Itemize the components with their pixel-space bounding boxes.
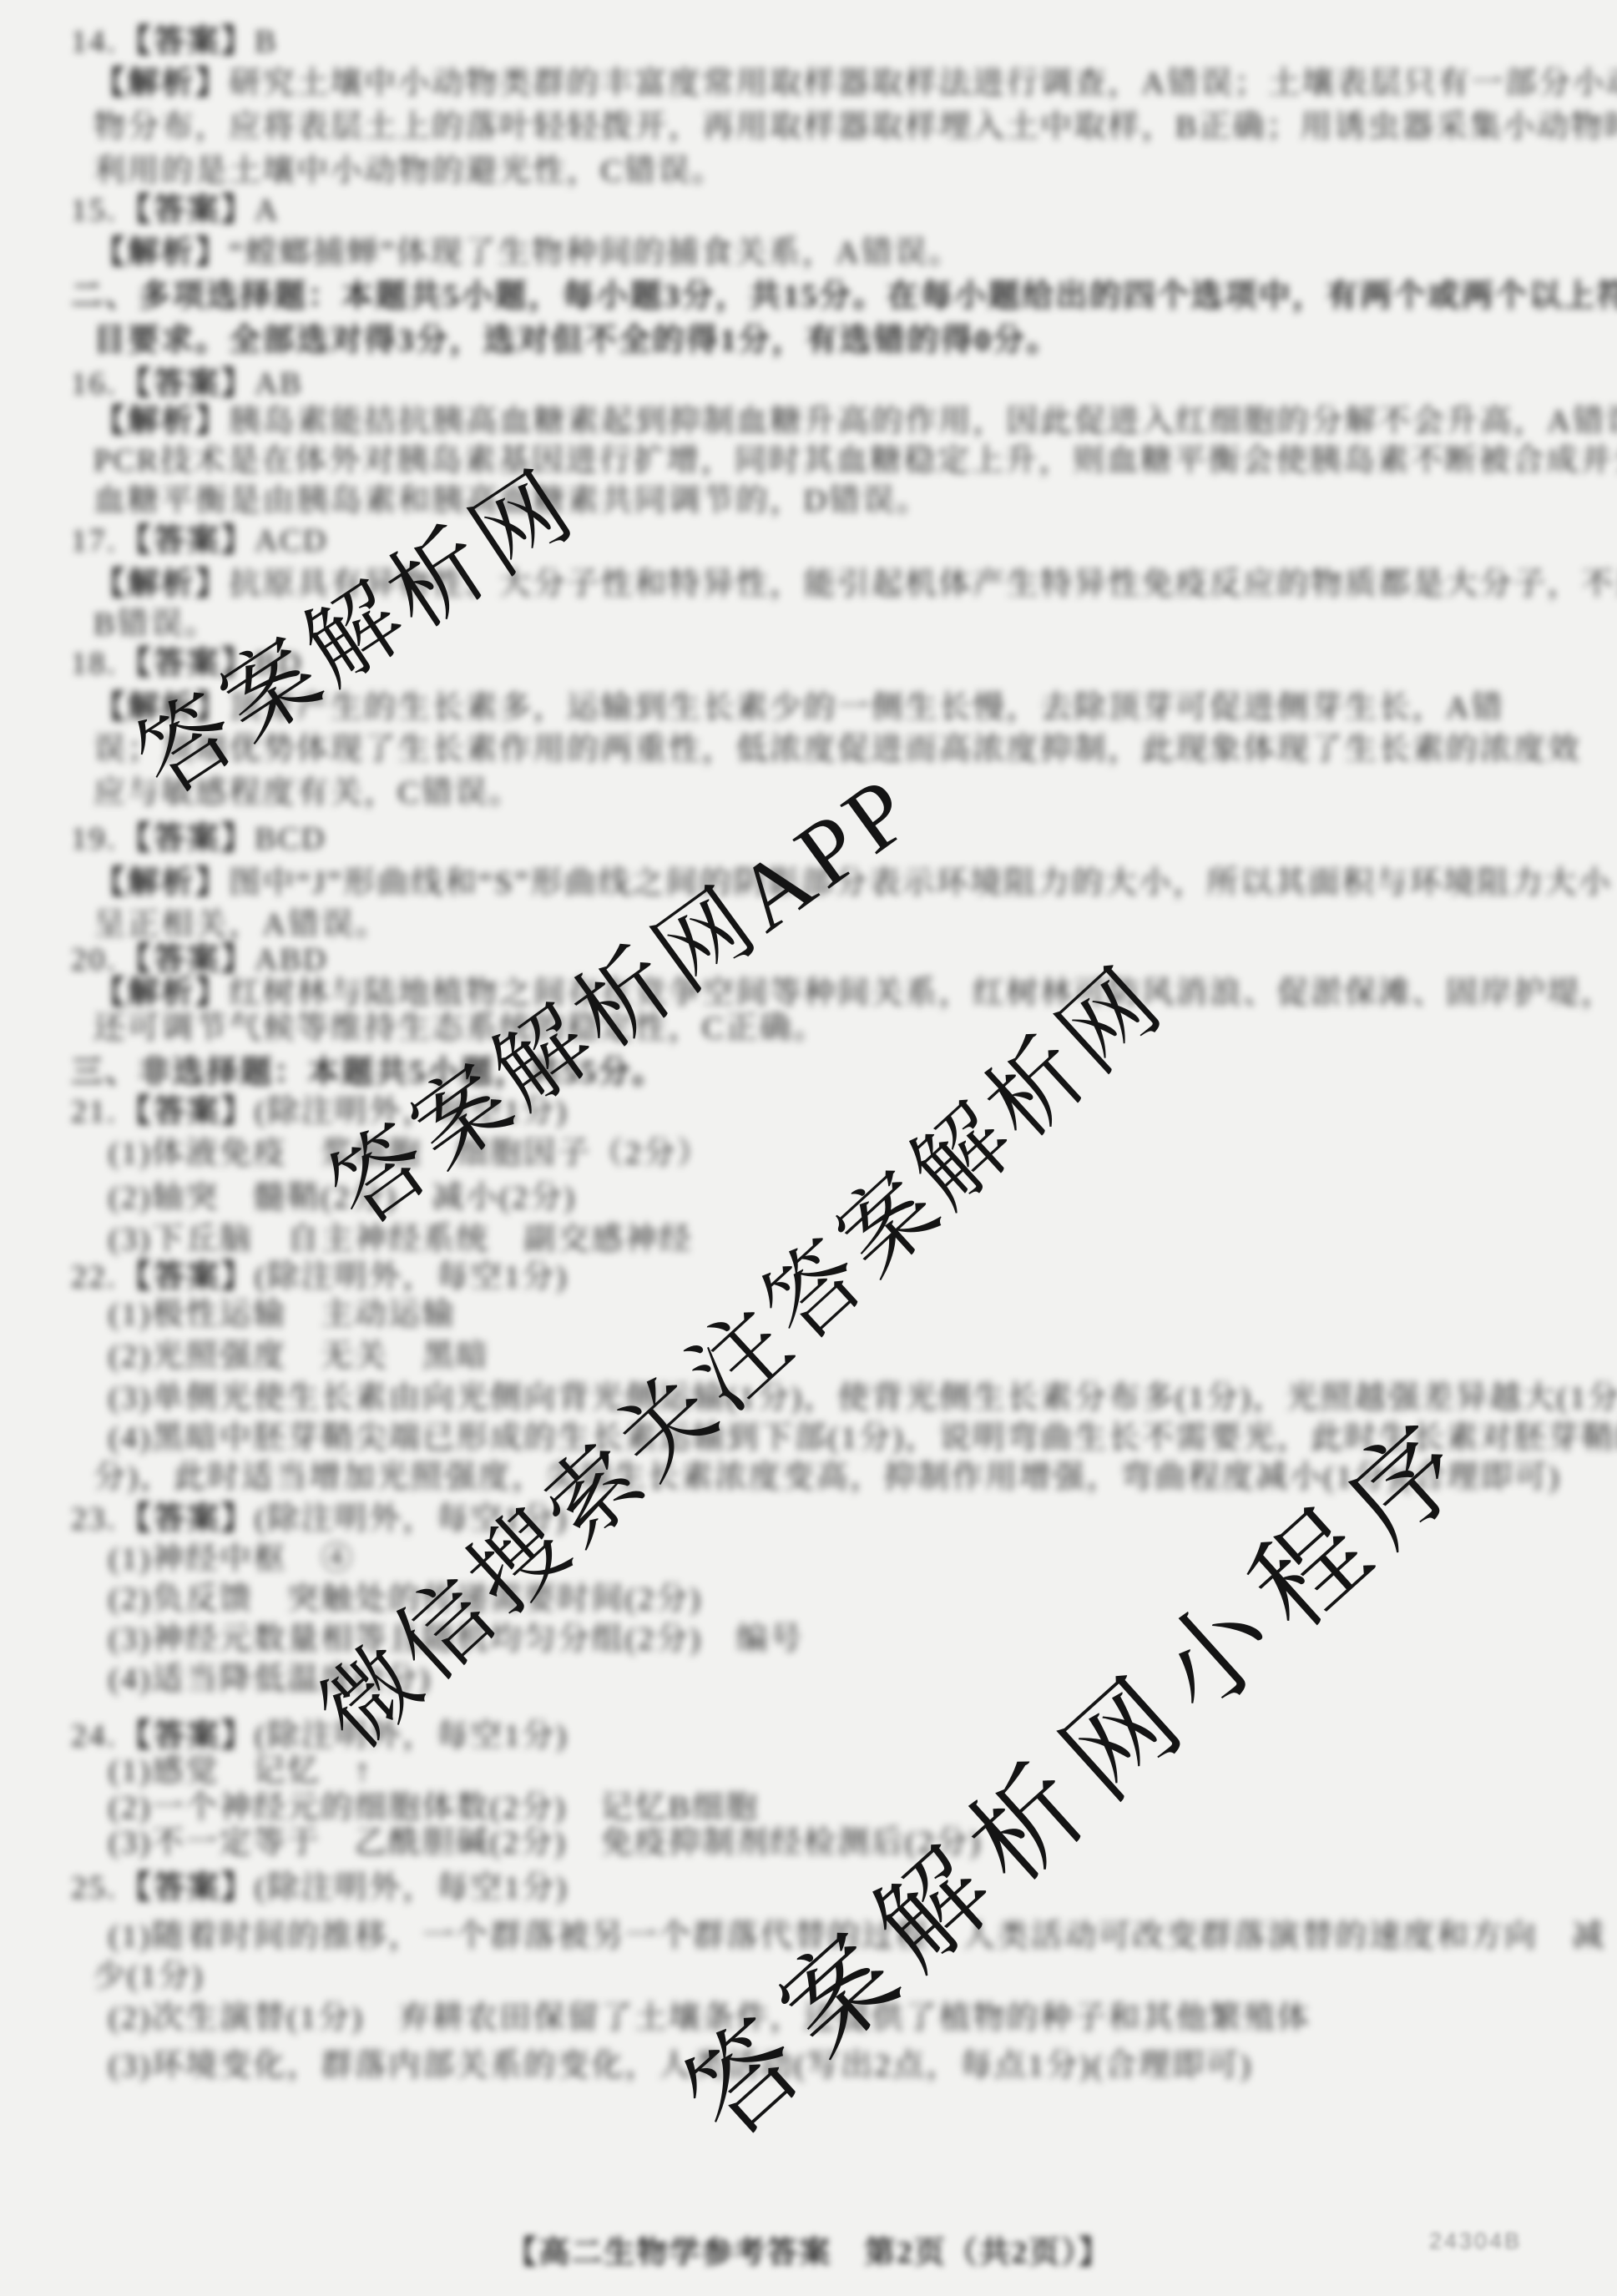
answer-line: 少(1分)	[93, 1955, 205, 1997]
answer-line: 【解析】抗原具有异物性、大分子性和特异性，能引起机体产生特异性免疫反应的物质都是…	[93, 563, 1617, 605]
answer-line: (4)适当降低温度(2分)	[109, 1658, 432, 1700]
answer-line: (2)次生演替(1分) 弃耕农田保留了土壤条件，还提供了植物的种子和其他繁殖体	[109, 1997, 1311, 2039]
answer-line: (3)神经元数量相等且随机均匀分组(2分) 编号	[109, 1618, 804, 1660]
answer-line: 利用的是土壤中小动物的避光性，C错误。	[93, 150, 725, 192]
answer-line: 17.【答案】ACD	[71, 520, 328, 562]
answer-line: 【解析】研究土壤中小动物类群的丰富度常用取样器取样法进行调查，A错误；土壤表层只…	[93, 63, 1617, 104]
answer-line: 三、非选择题：本题共5小题，共55分。	[71, 1052, 666, 1093]
answer-line: 分)，此时适当增加光照强度，尖端生长素浓度变高，抑制作用增强，弯曲程度减小(1分…	[93, 1456, 1561, 1498]
answer-line: (2)轴突 髓鞘(2分) 减小(2分)	[109, 1177, 576, 1219]
answer-line: 22.【答案】(除注明外，每空1分)	[71, 1256, 568, 1298]
answer-line: PCR技术是在体外对胰岛素基因进行扩增，同时其血糖稳定上升，则血糖平衡会使胰岛素…	[93, 440, 1617, 482]
answer-line: (3)单侧光使生长素由向光侧向背光侧运输(1分)，使背光侧生长素分布多(1分)，…	[109, 1377, 1617, 1419]
answer-line: 14.【答案】B	[71, 21, 278, 63]
answer-line: (2)光照强度 无关 黑暗	[109, 1335, 490, 1377]
answer-line: 【解析】“螳螂捕蝉”体现了生物种间的捕食关系，A错误。	[93, 232, 963, 274]
answer-line: 二、多项选择题：本题共5小题，每小题3分，共15分。在每小题给出的四个选项中，有…	[71, 275, 1617, 317]
answer-line: 19.【答案】BCD	[71, 818, 326, 860]
answer-line: (2)负反馈 突触处的传递需要时间(2分)	[109, 1578, 702, 1620]
answer-line: 15.【答案】A	[71, 189, 280, 231]
answer-line: 应与敏感程度有关，C错误。	[93, 772, 523, 814]
answer-line: 【解析】胰岛素能拮抗胰高血糖素起到抑制血糖升高的作用，因此促进入红细胞的分解不会…	[93, 401, 1617, 442]
answer-line: (3)环境变化，群落内部关系的变化，人类活动(写出2点，每点1分)(合理即可)	[109, 2045, 1252, 2087]
answer-line: (1)随着时间的推移，一个群落被另一个群落代替的过程 人类活动可改变群落演替的速…	[109, 1915, 1605, 1957]
answer-line: 25.【答案】(除注明外，每空1分)	[71, 1867, 568, 1909]
answer-line: 16.【答案】AB	[71, 363, 303, 405]
answer-line: (1)体液免疫 浆细胞 细胞因子（2分）	[109, 1133, 710, 1174]
answer-line: (1)神经中枢 ④	[109, 1538, 355, 1580]
answer-line: (1)极性运输 主动运输	[109, 1294, 456, 1335]
answer-line: 21.【答案】(除注明外，每空1分)	[71, 1091, 568, 1133]
footer-page-label: 【高二生物学参考答案 第2页（共2页）】	[0, 2227, 1617, 2272]
document-content: 14.【答案】B【解析】研究土壤中小动物类群的丰富度常用取样器取样法进行调查，A…	[0, 0, 1617, 2296]
answer-line: 物分布，应将表层土上的落叶轻轻拨开，再用取样器取样埋入土中取样，B正确；用诱虫器…	[93, 106, 1617, 148]
answer-line: (4)黑暗中胚芽鞘尖端已形成的生长素运输到下部(1分)，说明弯曲生长不需要光，此…	[109, 1417, 1617, 1459]
answer-line: (3)不一定等于 乙酰胆碱(2分) 免疫抑制剂经检测后(2分)	[109, 1822, 982, 1864]
scanned-answer-page: 14.【答案】B【解析】研究土壤中小动物类群的丰富度常用取样器取样法进行调查，A…	[0, 0, 1617, 2296]
answer-line: 目要求。全部选对得3分，选对但不全的得1分，有选错的得0分。	[93, 320, 1060, 361]
page-code: 24304B	[1429, 2228, 1522, 2254]
answer-line: 还可调节气候等维持生态系统的稳定性，C正确。	[93, 1007, 826, 1049]
answer-line: 23.【答案】(除注明外，每空1分)	[71, 1498, 568, 1540]
answer-line: (3)下丘脑 自主神经系统 副交感神经	[109, 1219, 693, 1260]
answer-line: 【解析】图中“J”形曲线和“S”形曲线之间的阴影部分表示环境阻力的大小，所以其面…	[93, 862, 1612, 904]
answer-line: (1)感觉 记忆 ↑	[109, 1750, 372, 1792]
answer-line: 18.【答案】BD	[71, 643, 303, 684]
answer-line: 误；顶端优势体现了生长素作用的两重性，低浓度促进而高浓度抑制，此现象体现了生长素…	[93, 729, 1581, 770]
answer-line: 【解析】顶芽产生的生长素多，运输到生长素少的一侧生长慢，去除顶芽可促进侧芽生长，…	[93, 687, 1504, 729]
answer-line: B错误。	[93, 603, 218, 645]
answer-line: 血糖平衡是由胰岛素和胰高血糖素共同调节的，D错误。	[93, 480, 930, 522]
